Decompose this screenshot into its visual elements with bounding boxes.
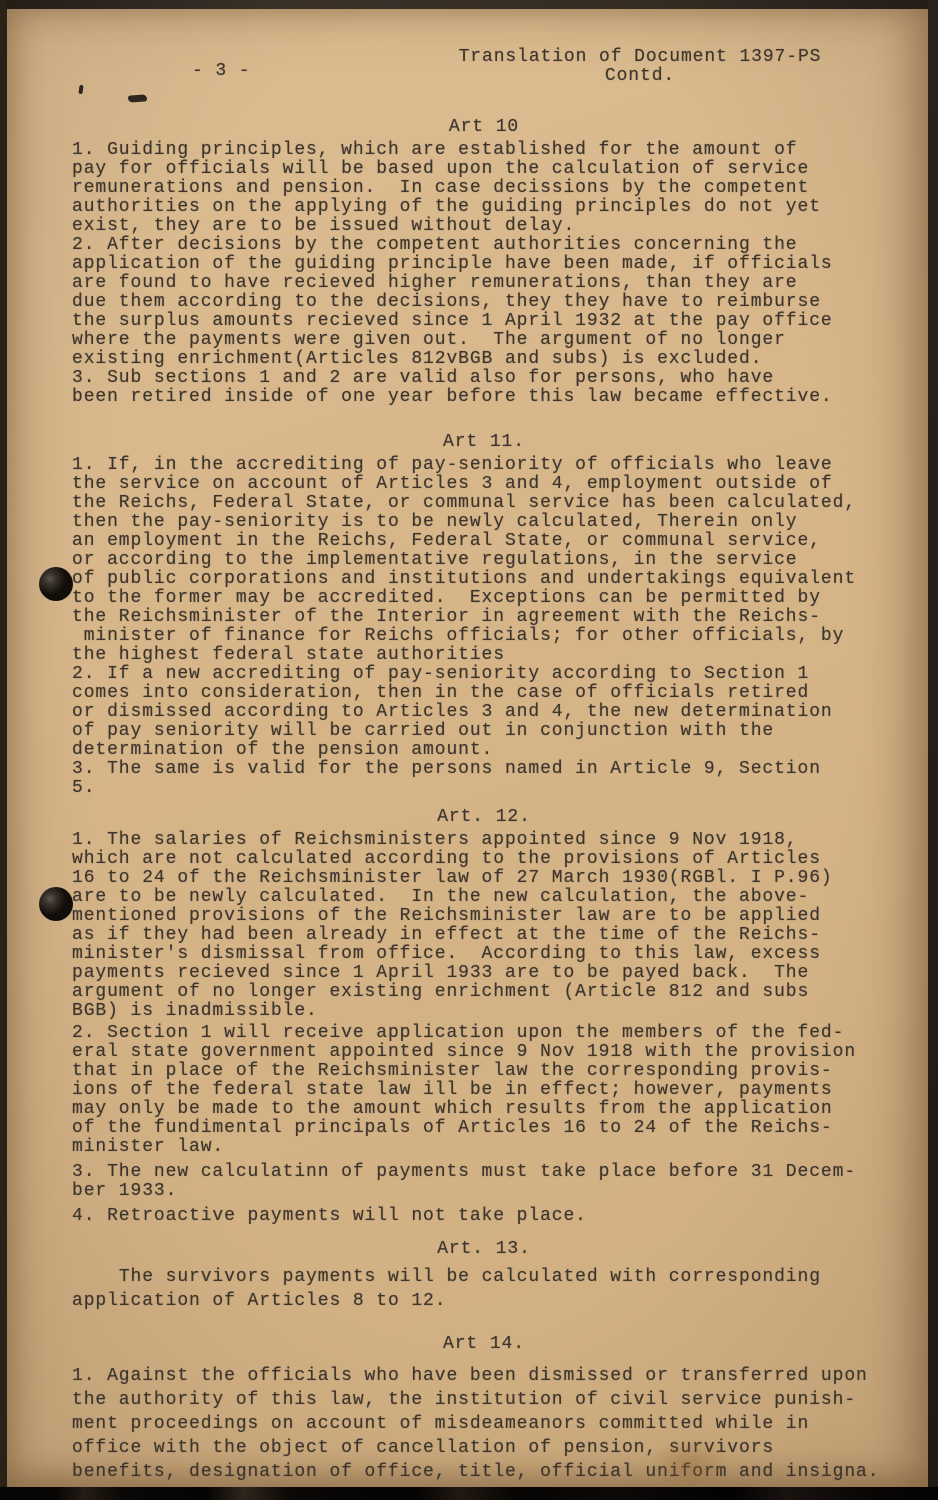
scanned-document-photo: - 3 - Translation of Document 1397-PS Co… [0, 0, 938, 1500]
paragraph: 2. Section 1 will receive application up… [72, 1024, 896, 1157]
section-heading: Art 11. [72, 433, 896, 452]
section-heading: Art 10 [72, 118, 896, 137]
section-art-13: Art. 13. The survivors payments will be … [72, 1240, 896, 1313]
stray-ink-mark [128, 94, 147, 102]
punch-hole [39, 887, 73, 921]
photo-edge-bottom [0, 1487, 938, 1500]
paragraph: 4. Retroactive payments will not take pl… [72, 1207, 896, 1226]
photo-edge-left [0, 0, 7, 1500]
paragraph: 1. If, in the accrediting of pay-seniori… [72, 456, 896, 665]
section-art-11: Art 11. 1. If, in the accrediting of pay… [72, 433, 896, 798]
paragraph: The survivors payments will be calculate… [72, 1265, 896, 1313]
document-title: Translation of Document 1397-PS [420, 48, 860, 67]
paragraph: 1. Guiding principles, which are establi… [72, 141, 896, 236]
paragraph: 1. Against the officials who have been d… [72, 1364, 896, 1484]
paragraph: 2. After decisions by the competent auth… [72, 236, 896, 369]
paragraph: 3. The same is valid for the persons nam… [72, 760, 896, 798]
photo-edge-right [928, 0, 938, 1500]
paragraph: 2. If a new accrediting of pay-seniority… [72, 665, 896, 760]
section-art-14: Art 14. 1. Against the officials who hav… [72, 1335, 896, 1484]
document-contd-label: Contd. [420, 67, 860, 86]
section-art-12: Art. 12. 1. The salaries of Reichsminist… [72, 808, 896, 1226]
paragraph: 3. The new calculatinn of payments must … [72, 1163, 896, 1201]
section-heading: Art 14. [72, 1335, 896, 1354]
paragraph: 3. Sub sections 1 and 2 are valid also f… [72, 369, 896, 407]
document-header: Translation of Document 1397-PS Contd. [420, 48, 860, 86]
paper-stain [650, 1438, 730, 1490]
section-heading: Art. 12. [72, 808, 896, 827]
section-art-10: Art 10 1. Guiding principles, which are … [72, 118, 896, 407]
punch-hole [39, 567, 73, 601]
page-number: - 3 - [192, 62, 251, 81]
document-body: Art 10 1. Guiding principles, which are … [72, 112, 896, 1484]
photo-edge-top [0, 0, 938, 9]
paragraph: 1. The salaries of Reichsministers appoi… [72, 831, 896, 1021]
section-heading: Art. 13. [72, 1240, 896, 1259]
